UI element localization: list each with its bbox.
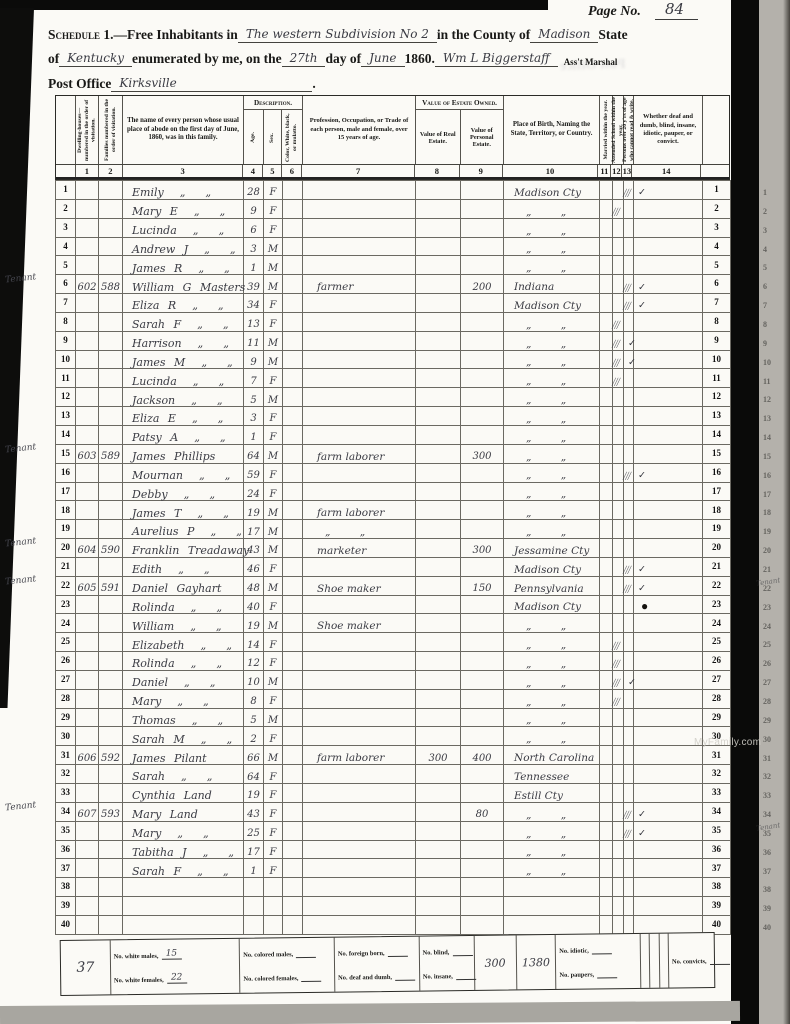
cell-m13 — [624, 539, 634, 558]
cell-pe: 80 — [461, 802, 504, 821]
cell-age: 17 — [244, 840, 264, 859]
cell-m12: ||| — [613, 652, 624, 671]
cell-fam — [99, 689, 123, 708]
adjacent-row-number: 20 — [763, 546, 771, 555]
cell-birth: „ „ — [504, 708, 600, 727]
cell-re — [416, 520, 461, 539]
row-number: 18 — [56, 501, 76, 520]
cell-occ: farm laborer — [303, 444, 416, 463]
cell-m12 — [613, 388, 624, 407]
summary-cell: No. blind, No. insane, — [419, 936, 475, 991]
row-number: 32 — [56, 765, 76, 784]
cell-m13: ||| — [624, 821, 634, 840]
row-number: 22 — [56, 576, 76, 595]
cell-sex: M — [264, 708, 283, 727]
row-number: 40 — [56, 915, 76, 934]
cell-m14 — [634, 765, 703, 784]
cell-re — [416, 539, 461, 558]
county-handwritten: Madison — [530, 27, 598, 43]
cell-dw — [76, 256, 99, 275]
cell-m12 — [613, 595, 624, 614]
summary-cell: No. colored males, No. colored females, — [240, 938, 335, 993]
cell-m13 — [624, 237, 634, 256]
cell-m13 — [624, 501, 634, 520]
cell-fam — [99, 878, 123, 897]
cell-pe — [461, 501, 504, 520]
cell-age: 59 — [244, 463, 264, 482]
cell-birth: „ „ — [504, 199, 600, 218]
cell-age: 1 — [244, 256, 264, 275]
cell-m12 — [613, 425, 624, 444]
cell-dw — [76, 181, 99, 200]
cell-m14 — [634, 746, 703, 765]
cell-birth: Estill Cty — [504, 784, 600, 803]
cell-birth: „ „ — [504, 237, 600, 256]
cell-re — [416, 614, 461, 633]
row-number: 14 — [703, 425, 731, 444]
table-row: 34607593Mary Land43F80„ „|||✓34 — [56, 802, 731, 821]
cell-age: 19 — [244, 614, 264, 633]
cell-m13: ||| — [624, 463, 634, 482]
post-office-label: Post Office — [48, 76, 111, 92]
cell-m14 — [634, 501, 703, 520]
cell-dw: 606 — [76, 746, 99, 765]
cell-fam — [99, 312, 123, 331]
cell-re — [416, 557, 461, 576]
cell-pe — [461, 859, 504, 878]
cell-sex: F — [264, 181, 283, 200]
cell-dw: 603 — [76, 444, 99, 463]
cell-birth: „ „ — [504, 350, 600, 369]
column-number-blank — [701, 165, 729, 177]
cell-m13: ||| — [624, 557, 634, 576]
cell-birth: „ „ — [504, 425, 600, 444]
col-sex-title: Sex. — [269, 133, 276, 143]
cell-color — [283, 501, 303, 520]
cell-sex: F — [264, 425, 283, 444]
cell-sex: F — [264, 312, 283, 331]
cell-re — [416, 181, 461, 200]
cell-m11 — [600, 520, 613, 539]
cell-fam — [99, 520, 123, 539]
col-real-estate-title: Value of Real Estate. — [416, 110, 461, 165]
cell-pe — [461, 915, 504, 934]
row-number: 14 — [56, 425, 76, 444]
cell-m12 — [613, 746, 624, 765]
cell-color — [283, 275, 303, 294]
cell-name: Aurelius P„„ — [123, 520, 244, 539]
cell-age — [244, 915, 264, 934]
cell-birth: „ „ — [504, 614, 600, 633]
cell-m11 — [600, 557, 613, 576]
row-number: 32 — [703, 765, 731, 784]
cell-sex: M — [264, 520, 283, 539]
cell-fam — [99, 350, 123, 369]
cell-fam — [99, 708, 123, 727]
cell-color — [283, 181, 303, 200]
cell-pe — [461, 633, 504, 652]
scan-edge-bottom — [0, 1001, 740, 1024]
cell-re — [416, 915, 461, 934]
table-row: 2Mary E„„9F„ „|||2 — [56, 199, 731, 218]
cell-color — [283, 878, 303, 897]
cell-re — [416, 425, 461, 444]
cell-fam — [99, 915, 123, 934]
cell-occ — [303, 482, 416, 501]
cell-color — [283, 802, 303, 821]
cell-re — [416, 501, 461, 520]
cell-sex: M — [264, 388, 283, 407]
cell-name: James R„„ — [123, 256, 244, 275]
cell-m11 — [600, 388, 613, 407]
cell-occ — [303, 633, 416, 652]
cell-m12 — [613, 407, 624, 426]
cell-birth: Indiana — [504, 275, 600, 294]
cell-m14: ✓ — [634, 275, 703, 294]
column-number-3: 3 — [123, 165, 244, 177]
cell-re — [416, 689, 461, 708]
summary-label: No. blind, — [423, 949, 450, 956]
cell-m13: ✓ — [624, 350, 634, 369]
cell-fam — [99, 633, 123, 652]
cell-m11 — [600, 539, 613, 558]
summary-label: No. paupers, — [559, 971, 594, 978]
cell-pe — [461, 331, 504, 350]
row-number: 7 — [703, 294, 731, 313]
summary-label: No. idiotic, — [559, 948, 589, 955]
cell-name: Mournan„„ — [123, 463, 244, 482]
cell-m12 — [613, 539, 624, 558]
row-number: 8 — [56, 312, 76, 331]
col-name-title: The name of every person whose usual pla… — [123, 115, 243, 145]
page-no-label: Page No. — [588, 4, 641, 20]
cell-name: Patsy A„„ — [123, 425, 244, 444]
cell-sex: M — [264, 256, 283, 275]
row-number: 31 — [703, 746, 731, 765]
cell-dw — [76, 878, 99, 897]
cell-m11 — [600, 746, 613, 765]
table-row: 15603589James Phillips64Mfarm laborer300… — [56, 444, 731, 463]
cell-pe: 150 — [461, 576, 504, 595]
cell-age: 19 — [244, 784, 264, 803]
row-number: 6 — [703, 275, 731, 294]
row-number: 17 — [703, 482, 731, 501]
adjacent-row-number: 32 — [763, 772, 771, 781]
cell-name: Lucinda„„ — [123, 218, 244, 237]
cell-occ: farm laborer — [303, 501, 416, 520]
row-number: 27 — [703, 670, 731, 689]
cell-birth: „ „ — [504, 802, 600, 821]
cell-occ: farm laborer — [303, 746, 416, 765]
cell-m11 — [600, 915, 613, 934]
month-handwritten: June — [361, 51, 404, 67]
table-row: 35Mary„„25F„ „|||✓35 — [56, 821, 731, 840]
cell-sex: F — [264, 218, 283, 237]
cell-name: Harrison„„ — [123, 331, 244, 350]
cell-fam — [99, 218, 123, 237]
row-number: 29 — [56, 708, 76, 727]
cell-name: Edith„„ — [123, 557, 244, 576]
col-age-title: Age. — [250, 132, 257, 143]
cell-occ — [303, 407, 416, 426]
cell-occ — [303, 369, 416, 388]
cell-m11 — [600, 576, 613, 595]
cell-m13 — [624, 859, 634, 878]
cell-m14: ✓ — [634, 821, 703, 840]
cell-m14 — [634, 727, 703, 746]
col-family-title: Families numbered in the order of visita… — [104, 96, 118, 164]
cell-m13: ||| — [624, 275, 634, 294]
adjacent-row-number: 14 — [763, 433, 771, 442]
cell-name: Elizabeth„„ — [123, 633, 244, 652]
cell-name: Rolinda„„ — [123, 595, 244, 614]
cell-pe — [461, 407, 504, 426]
cell-age: 43 — [244, 539, 264, 558]
cell-m12 — [613, 859, 624, 878]
col-name-header: The name of every person whose usual pla… — [123, 96, 244, 164]
schedule-line: Schedule 1. —Free Inhabitants in The wes… — [48, 27, 628, 43]
row-number: 33 — [56, 784, 76, 803]
cell-sex — [264, 878, 283, 897]
cell-name: Sarah F„„ — [123, 312, 244, 331]
cell-m13 — [624, 595, 634, 614]
column-number-2: 2 — [99, 165, 123, 177]
cell-age: 24 — [244, 482, 264, 501]
adjacent-row-number: 17 — [763, 490, 771, 499]
cell-occ — [303, 859, 416, 878]
cell-fam: 593 — [99, 802, 123, 821]
col-birth-header: Place of Birth, Naming the State, Territ… — [504, 96, 600, 164]
cell-name: Debby„„ — [123, 482, 244, 501]
enumerated-label: enumerated by me, on the — [132, 51, 282, 67]
cell-dw: 605 — [76, 576, 99, 595]
col-profession-title: Profession, Occupation, or Trade of each… — [303, 115, 415, 144]
cell-birth: „ „ — [504, 520, 600, 539]
column-number-9: 9 — [460, 165, 503, 177]
cell-occ — [303, 595, 416, 614]
cell-age: 9 — [244, 199, 264, 218]
adjacent-row-number: 18 — [763, 508, 771, 517]
cell-sex: M — [264, 444, 283, 463]
cell-age: 66 — [244, 746, 264, 765]
cell-re — [416, 444, 461, 463]
cell-sex — [264, 915, 283, 934]
cell-pe — [461, 670, 504, 689]
cell-sex: F — [264, 557, 283, 576]
cell-sex: F — [264, 595, 283, 614]
row-number: 2 — [56, 199, 76, 218]
cell-fam — [99, 557, 123, 576]
cell-birth: Tennessee — [504, 765, 600, 784]
cell-m12: ||| — [613, 312, 624, 331]
cell-sex: M — [264, 670, 283, 689]
row-number: 19 — [703, 520, 731, 539]
cell-fam — [99, 425, 123, 444]
row-number: 34 — [703, 802, 731, 821]
row-number: 30 — [56, 727, 76, 746]
cell-birth: „ „ — [504, 407, 600, 426]
adjacent-row-number: 11 — [763, 377, 771, 386]
cell-color — [283, 444, 303, 463]
cell-m12 — [613, 840, 624, 859]
row-number: 12 — [56, 388, 76, 407]
row-number: 39 — [703, 897, 731, 916]
cell-fam — [99, 859, 123, 878]
cell-pe — [461, 520, 504, 539]
adjacent-row-number: 23 — [763, 603, 771, 612]
cell-m11 — [600, 859, 613, 878]
cell-m14 — [634, 897, 703, 916]
table-row: 3939 — [56, 897, 731, 916]
row-number: 31 — [56, 746, 76, 765]
row-number: 8 — [703, 312, 731, 331]
cell-fam — [99, 670, 123, 689]
cell-occ — [303, 218, 416, 237]
cell-pe — [461, 652, 504, 671]
cell-age: 28 — [244, 181, 264, 200]
cell-pe — [461, 256, 504, 275]
row-number: 38 — [703, 878, 731, 897]
cell-color — [283, 237, 303, 256]
adjacent-page-edge — [783, 0, 790, 1024]
cell-birth: Jessamine Cty — [504, 539, 600, 558]
column-number-14: 14 — [632, 165, 701, 177]
cell-m14 — [634, 350, 703, 369]
column-number-11: 11 — [598, 165, 611, 177]
cell-occ — [303, 915, 416, 934]
summary-value — [597, 968, 617, 978]
summary-value — [301, 972, 321, 982]
schedule-label: Schedule 1. — [48, 27, 114, 43]
adjacent-row-number: 28 — [763, 697, 771, 706]
schedule-rest: —Free Inhabitants in — [114, 27, 238, 43]
cell-pe — [461, 369, 504, 388]
cell-age: 19 — [244, 501, 264, 520]
cell-color — [283, 708, 303, 727]
cell-m13 — [624, 444, 634, 463]
cell-m11 — [600, 444, 613, 463]
cell-birth: „ „ — [504, 256, 600, 275]
column-number-blank — [56, 165, 76, 177]
row-number: 10 — [56, 350, 76, 369]
cell-pe — [461, 350, 504, 369]
summary-label: No. white females, — [114, 977, 164, 985]
cell-birth: Madison Cty — [504, 595, 600, 614]
table-row: 10James M„„9M„ „|||✓10 — [56, 350, 731, 369]
col-condition-title: Whether deaf and dumb, blind, insane, id… — [634, 111, 702, 149]
summary-value — [592, 944, 612, 954]
cell-occ — [303, 294, 416, 313]
row-number: 13 — [703, 407, 731, 426]
adjacent-row-number: 1 — [763, 188, 767, 197]
row-number: 26 — [56, 652, 76, 671]
row-number: 36 — [56, 840, 76, 859]
cell-re — [416, 802, 461, 821]
cell-re — [416, 256, 461, 275]
summary-value — [296, 948, 316, 958]
cell-name: Sarah F„„ — [123, 859, 244, 878]
cell-dw — [76, 727, 99, 746]
cell-sex: F — [264, 840, 283, 859]
cell-m14 — [634, 237, 703, 256]
cell-dw — [76, 765, 99, 784]
cell-occ — [303, 802, 416, 821]
cell-fam — [99, 652, 123, 671]
cell-birth: „ „ — [504, 727, 600, 746]
cell-re — [416, 237, 461, 256]
row-number-header-right — [703, 96, 731, 164]
cell-age: 6 — [244, 218, 264, 237]
cell-name: Andrew J„„ — [123, 237, 244, 256]
row-number: 10 — [703, 350, 731, 369]
cell-fam — [99, 369, 123, 388]
cell-fam — [99, 614, 123, 633]
cell-m14: ✓ — [634, 557, 703, 576]
cell-re — [416, 595, 461, 614]
cell-m11 — [600, 878, 613, 897]
cell-re — [416, 275, 461, 294]
summary-cell: No. idiotic, No. paupers, — [556, 934, 641, 989]
cell-birth: „ „ — [504, 633, 600, 652]
table-row: 19Aurelius P„„17M„ „„ „19 — [56, 520, 731, 539]
adjacent-row-number: 21 — [763, 565, 771, 574]
cell-m12 — [613, 784, 624, 803]
cell-m13 — [624, 312, 634, 331]
cell-m13 — [624, 765, 634, 784]
cell-occ — [303, 463, 416, 482]
row-number: 11 — [703, 369, 731, 388]
cell-birth: „ „ — [504, 689, 600, 708]
cell-color — [283, 652, 303, 671]
summary-value — [456, 970, 476, 980]
summary-handwritten-total: 300 — [474, 935, 517, 990]
adjacent-row-number: 25 — [763, 640, 771, 649]
table-row: 7Eliza R„„34FMadison Cty|||✓7 — [56, 294, 731, 313]
cell-m14 — [634, 312, 703, 331]
cell-dw — [76, 331, 99, 350]
cell-m12 — [613, 444, 624, 463]
cell-dw — [76, 294, 99, 313]
cell-fam — [99, 595, 123, 614]
cell-pe — [461, 294, 504, 313]
cell-dw — [76, 369, 99, 388]
col-dwelling-title: Dwelling-houses—numbered in the order of… — [77, 96, 98, 164]
cell-m11 — [600, 708, 613, 727]
adjacent-row-number: 27 — [763, 678, 771, 687]
cell-dw — [76, 689, 99, 708]
cell-sex: F — [264, 294, 283, 313]
cell-occ — [303, 708, 416, 727]
summary-label: No. colored females, — [243, 975, 298, 983]
cell-color — [283, 614, 303, 633]
cell-dw — [76, 520, 99, 539]
cell-m14 — [634, 878, 703, 897]
cell-m13 — [624, 520, 634, 539]
cell-m12 — [613, 708, 624, 727]
column-number-strip: 1234567891011121314 — [56, 164, 729, 179]
cell-m14 — [634, 633, 703, 652]
cell-pe: 400 — [461, 746, 504, 765]
cell-name: Eliza R„„ — [123, 294, 244, 313]
cell-dw — [76, 218, 99, 237]
cell-occ — [303, 840, 416, 859]
cell-color — [283, 915, 303, 934]
summary-value — [395, 971, 415, 981]
cell-occ — [303, 689, 416, 708]
cell-occ — [303, 237, 416, 256]
cell-occ — [303, 652, 416, 671]
cell-age: 13 — [244, 312, 264, 331]
